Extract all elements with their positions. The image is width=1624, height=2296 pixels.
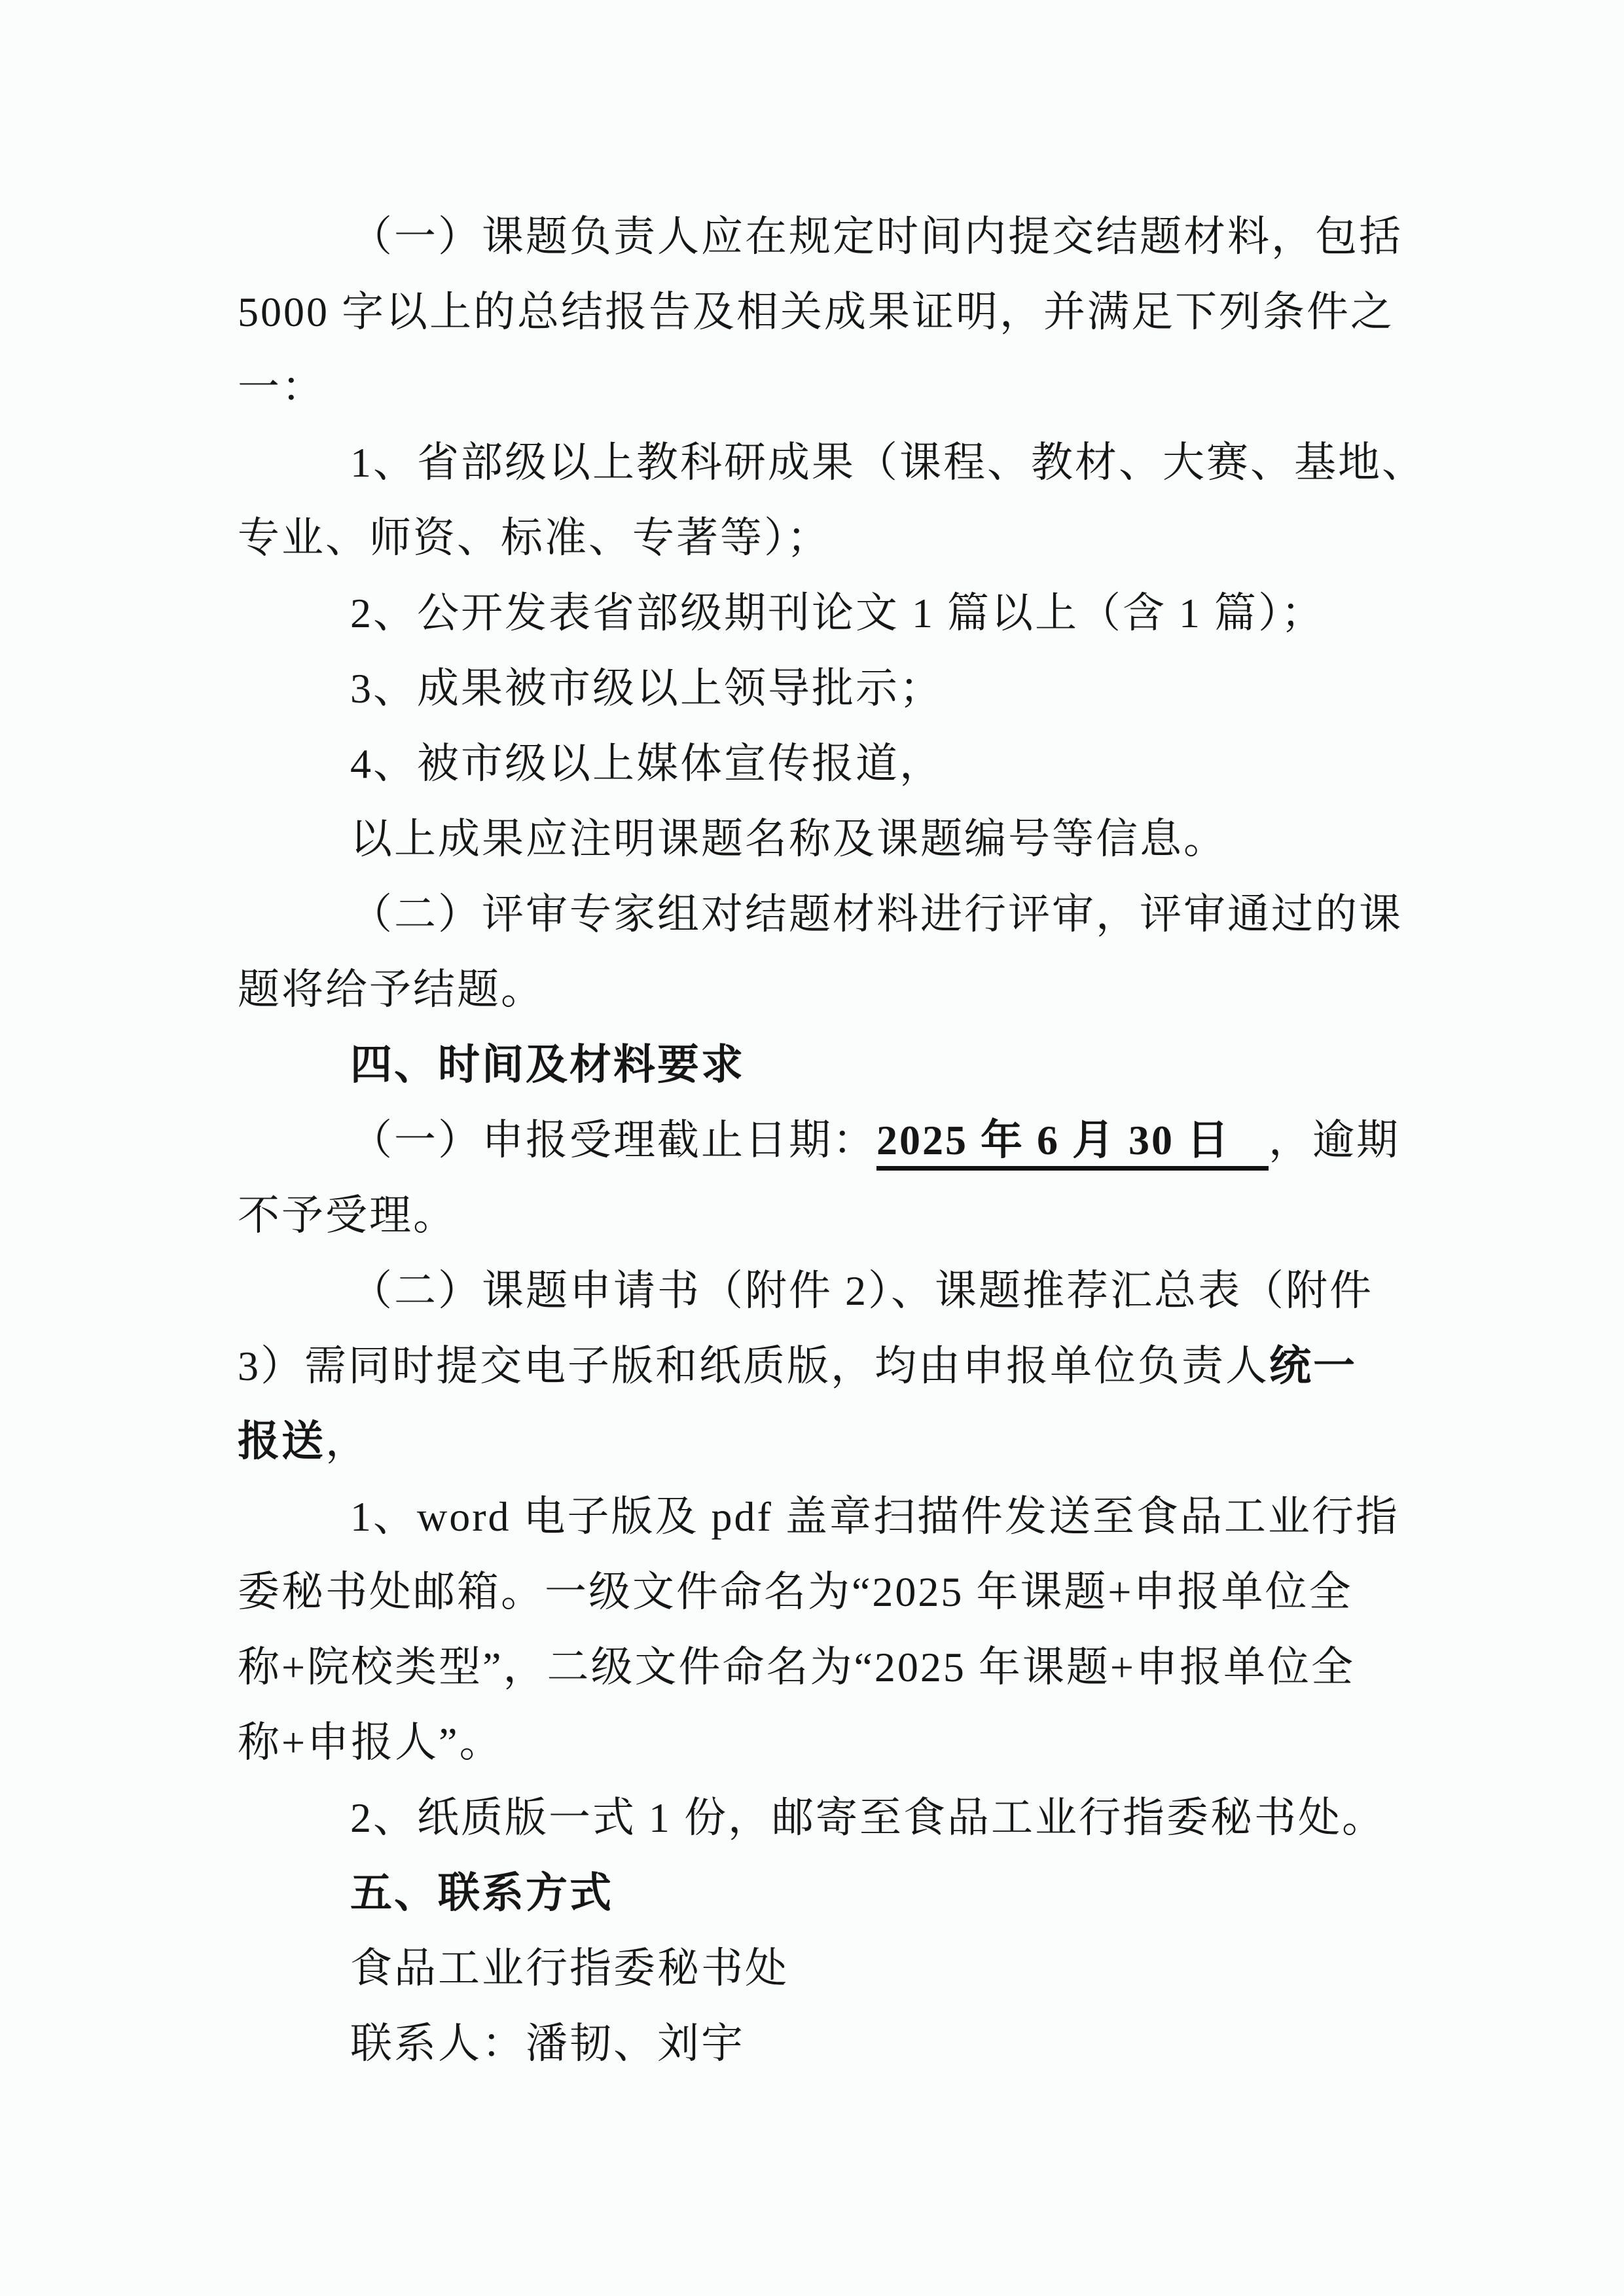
text-line: 食品工业行指委秘书处 bbox=[238, 1931, 1409, 2006]
text-run: 食品工业行指委秘书处 bbox=[350, 1945, 789, 1992]
text-line: 1、word 电子版及 pdf 盖章扫描件发送至食品工业行指 bbox=[238, 1479, 1409, 1554]
text-run: ，逾期 bbox=[1269, 1117, 1400, 1163]
text-run: （二）课题申请书（附件 2）、课题推荐汇总表（附件 bbox=[350, 1267, 1373, 1314]
text-line: 2、公开发表省部级期刊论文 1 篇以上（含 1 篇）； bbox=[238, 575, 1409, 651]
text-run: 一： bbox=[238, 364, 325, 410]
text-run: 五、联系方式 bbox=[350, 1870, 613, 1916]
text-run: 2、纸质版一式 1 份，邮寄至食品工业行指委秘书处。 bbox=[350, 1795, 1386, 1841]
text-line: 1、省部级以上教科研成果（课程、教材、大赛、基地、 bbox=[238, 425, 1409, 500]
text-run: 5000 字以上的总结报告及相关成果证明，并满足下列条件之 bbox=[238, 289, 1394, 335]
text-run: （二）评审专家组对结题材料进行评审，评审通过的课 bbox=[350, 891, 1403, 938]
text-run: 委秘书处邮箱。一级文件命名为“2025 年课题+申报单位全 bbox=[238, 1569, 1353, 1615]
text-line: 报送， bbox=[238, 1404, 1409, 1479]
document-page: （一）课题负责人应在规定时间内提交结题材料，包括5000 字以上的总结报告及相关… bbox=[0, 0, 1624, 2296]
text-line: 委秘书处邮箱。一级文件命名为“2025 年课题+申报单位全 bbox=[238, 1554, 1409, 1630]
text-run: 不予受理。 bbox=[238, 1192, 457, 1239]
text-line: 2、纸质版一式 1 份，邮寄至食品工业行指委秘书处。 bbox=[238, 1780, 1409, 1855]
text-line: （一）课题负责人应在规定时间内提交结题材料，包括 bbox=[238, 199, 1409, 274]
text-line: 题将给予结题。 bbox=[238, 952, 1409, 1027]
text-line: 称+申报人”。 bbox=[238, 1705, 1409, 1780]
text-line: （二）课题申请书（附件 2）、课题推荐汇总表（附件 bbox=[238, 1253, 1409, 1328]
text-run: 报送 bbox=[238, 1418, 325, 1465]
text-run: 1、省部级以上教科研成果（课程、教材、大赛、基地、 bbox=[350, 439, 1426, 486]
section-heading: 四、时间及材料要求 bbox=[238, 1027, 1409, 1102]
text-line: （二）评审专家组对结题材料进行评审，评审通过的课 bbox=[238, 877, 1409, 952]
section-heading: 五、联系方式 bbox=[238, 1855, 1409, 1931]
text-line: 称+院校类型”，二级文件命名为“2025 年课题+申报单位全 bbox=[238, 1630, 1409, 1705]
text-line: 专业、师资、标准、专著等）； bbox=[238, 500, 1409, 575]
text-line: 3、成果被市级以上领导批示； bbox=[238, 651, 1409, 726]
document-body: （一）课题负责人应在规定时间内提交结题材料，包括5000 字以上的总结报告及相关… bbox=[238, 199, 1409, 2081]
text-run: 题将给予结题。 bbox=[238, 966, 545, 1013]
text-run: 称+申报人”。 bbox=[238, 1719, 503, 1766]
text-run: 以上成果应注明课题名称及课题编号等信息。 bbox=[350, 816, 1227, 862]
text-line: 联系人：潘韧、刘宇 bbox=[238, 2006, 1409, 2081]
text-run: 4、被市级以上媒体宣传报道， bbox=[350, 740, 943, 787]
text-run: 2025 年 6 月 30 日 bbox=[876, 1115, 1269, 1171]
text-run: 3）需同时提交电子版和纸质版，均由申报单位负责人 bbox=[238, 1343, 1269, 1389]
text-run: （一）课题负责人应在规定时间内提交结题材料，包括 bbox=[350, 213, 1403, 260]
text-line: （一）申报受理截止日期：2025 年 6 月 30 日，逾期 bbox=[238, 1102, 1409, 1178]
text-run: 统一 bbox=[1269, 1343, 1357, 1389]
text-line: 以上成果应注明课题名称及课题编号等信息。 bbox=[238, 801, 1409, 877]
text-line: 5000 字以上的总结报告及相关成果证明，并满足下列条件之 bbox=[238, 274, 1409, 350]
text-run: 联系人：潘韧、刘宇 bbox=[350, 2020, 745, 2067]
text-line: 3）需同时提交电子版和纸质版，均由申报单位负责人统一 bbox=[238, 1328, 1409, 1404]
text-run: 称+院校类型”，二级文件命名为“2025 年课题+申报单位全 bbox=[238, 1644, 1355, 1690]
text-run: ， bbox=[325, 1418, 369, 1465]
text-line: 4、被市级以上媒体宣传报道， bbox=[238, 726, 1409, 801]
text-run: 1、word 电子版及 pdf 盖章扫描件发送至食品工业行指 bbox=[350, 1493, 1399, 1540]
text-run: 四、时间及材料要求 bbox=[350, 1042, 745, 1088]
text-run: （一）申报受理截止日期： bbox=[350, 1117, 876, 1163]
text-run: 2、公开发表省部级期刊论文 1 篇以上（含 1 篇）； bbox=[350, 590, 1325, 636]
text-line: 不予受理。 bbox=[238, 1178, 1409, 1253]
text-run: 专业、师资、标准、专著等）； bbox=[238, 515, 831, 561]
text-run: 3、成果被市级以上领导批示； bbox=[350, 665, 943, 712]
text-line: 一： bbox=[238, 350, 1409, 425]
